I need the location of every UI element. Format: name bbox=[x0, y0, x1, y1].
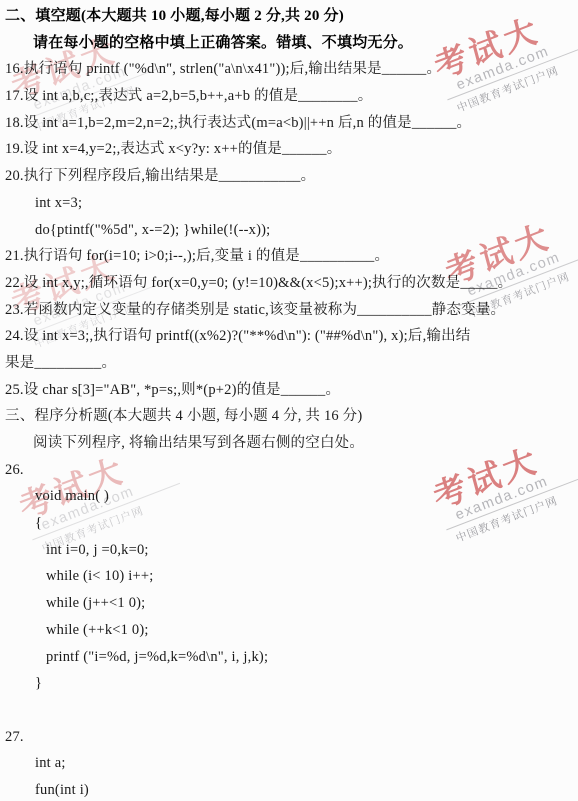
question-24-continued: 果是_________。 bbox=[0, 350, 578, 377]
question-20-code-line-1: int x=3; bbox=[0, 190, 578, 217]
q26-code-line-8: } bbox=[0, 670, 578, 697]
q26-code-line-2: { bbox=[0, 510, 578, 537]
q26-code-line-1: void main( ) bbox=[0, 483, 578, 510]
document-text-block: 二、填空题(本大题共 10 小题,每小题 2 分,共 20 分)请在每小题的空格… bbox=[0, 3, 578, 801]
question-23: 23.若函数内定义变量的存储类别是 static,该变量被称为_________… bbox=[0, 297, 578, 324]
q26-code-line-7: printf ("i=%d, j=%d,k=%d\n", i, j,k); bbox=[0, 644, 578, 671]
blank-line bbox=[0, 697, 578, 724]
section3-heading: 三、程序分析题(本大题共 4 小题, 每小题 4 分, 共 16 分) bbox=[0, 403, 578, 430]
q26-code-line-6: while (++k<1 0); bbox=[0, 617, 578, 644]
question-17: 17.设 int a,b,c;,表达式 a=2,b=5,b++,a+b 的值是_… bbox=[0, 83, 578, 110]
question-21: 21.执行语句 for(i=10; i>0;i--,);后,变量 i 的值是__… bbox=[0, 243, 578, 270]
question-16: 16.执行语句 printf ("%d\n", strlen("a\n\x41"… bbox=[0, 56, 578, 83]
section2-heading: 二、填空题(本大题共 10 小题,每小题 2 分,共 20 分) bbox=[0, 3, 578, 30]
question-25: 25.设 char s[3]="AB", *p=s;,则*(p+2)的值是___… bbox=[0, 377, 578, 404]
question-19: 19.设 int x=4,y=2;,表达式 x<y?y: x++的值是_____… bbox=[0, 136, 578, 163]
question-18: 18.设 int a=1,b=2,m=2,n=2;,执行表达式(m=a<b)||… bbox=[0, 110, 578, 137]
exam-document-page: 考试大examda.com中国教育考试门户网考试大examda.com中国教育考… bbox=[0, 0, 578, 801]
question-22: 22.设 int x,y;,循环语句 for(x=0,y=0; (y!=10)&… bbox=[0, 270, 578, 297]
question-20-code-line-2: do{ptintf("%5d", x-=2); }while(!(--x)); bbox=[0, 217, 578, 244]
question-20: 20.执行下列程序段后,输出结果是___________。 bbox=[0, 163, 578, 190]
section2-instruction: 请在每小题的空格中填上正确答案。错填、不填均无分。 bbox=[0, 30, 578, 57]
q26-code-line-5: while (j++<1 0); bbox=[0, 590, 578, 617]
section3-instruction: 阅读下列程序, 将输出结果写到各题右侧的空白处。 bbox=[0, 430, 578, 457]
question-27-number: 27. bbox=[0, 724, 578, 751]
question-24: 24.设 int x=3;,执行语句 printf((x%2)?("**%d\n… bbox=[0, 323, 578, 350]
q27-code-line-1: int a; bbox=[0, 750, 578, 777]
q27-code-line-2: fun(int i) bbox=[0, 777, 578, 801]
q26-code-line-4: while (i< 10) i++; bbox=[0, 563, 578, 590]
q26-code-line-3: int i=0, j =0,k=0; bbox=[0, 537, 578, 564]
question-26-number: 26. bbox=[0, 457, 578, 484]
